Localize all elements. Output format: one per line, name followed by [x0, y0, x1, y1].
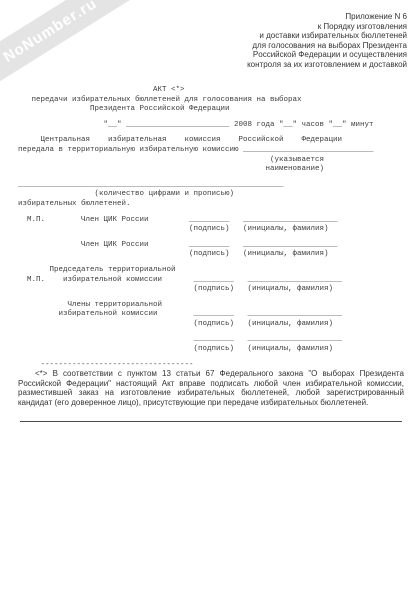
- caption-name: наименование): [18, 165, 374, 175]
- act-form-body: АКТ <*> передачи избирательных бюллетене…: [18, 86, 374, 370]
- appendix-header-line: Приложение N 6: [247, 12, 407, 22]
- tec-chairman-title-line: Председатель территориальной: [18, 266, 374, 276]
- footnote-text: <*> В соответствии с пунктом 13 статьи 6…: [18, 369, 404, 408]
- signature-caption: (подпись) (инициалы, фамилия): [18, 225, 374, 235]
- appendix-header-line: контроля за их изготовлением и доставкой: [247, 60, 407, 70]
- signature-row-extra: _________ _____________________: [18, 335, 374, 345]
- appendix-header: Приложение N 6к Порядку изготовленияи до…: [247, 12, 407, 70]
- signature-caption: (подпись) (инициалы, фамилия): [18, 345, 374, 355]
- signature-row-tec-chairman: М.П. избирательной комиссии _________ __…: [18, 276, 374, 286]
- act-subtitle-line-2: Президента Российской Федерации: [18, 105, 374, 115]
- appendix-header-line: к Порядку изготовления: [247, 22, 407, 32]
- appendix-header-line: Российской Федерации и осуществления: [247, 50, 407, 60]
- tec-members-title-line: Члены территориальной: [18, 301, 374, 311]
- quantity-blank-line: ________________________________________…: [18, 181, 374, 191]
- paragraph-cec-line-1: Центральная избирательная комиссия Росси…: [18, 136, 374, 146]
- appendix-header-line: и доставки избирательных бюллетеней: [247, 31, 407, 41]
- signature-caption: (подпись) (инициалы, фамилия): [18, 250, 374, 260]
- caption-quantity: (количество цифрами и прописью): [18, 190, 374, 200]
- signature-caption: (подпись) (инициалы, фамилия): [18, 285, 374, 295]
- appendix-header-line: для голосования на выборах Президента: [247, 41, 407, 51]
- signature-row-cec-member-1: М.П. Член ЦИК России _________ _________…: [18, 216, 374, 226]
- watermark-text: NoNumber.ru: [0, 0, 100, 66]
- signature-row-cec-member-2: Член ЦИК России _________ ______________…: [18, 241, 374, 251]
- document-page: NoNumber.ru Приложение N 6к Порядку изго…: [0, 0, 420, 600]
- caption-specify: (указывается: [18, 156, 374, 166]
- bottom-rule: [20, 421, 402, 422]
- signature-caption: (подпись) (инициалы, фамилия): [18, 320, 374, 330]
- ballots-text: избирательных бюллетеней.: [18, 200, 374, 210]
- act-subtitle-line-1: передачи избирательных бюллетеней для го…: [18, 96, 374, 106]
- act-title: АКТ <*>: [18, 86, 374, 96]
- signature-row-tec-members: избирательной комиссии _________ _______…: [18, 310, 374, 320]
- paragraph-cec-line-2-commission-blank: передала в территориальную избирательную…: [18, 146, 374, 156]
- date-time-line: "__" _______________________ 2008 года "…: [18, 121, 374, 131]
